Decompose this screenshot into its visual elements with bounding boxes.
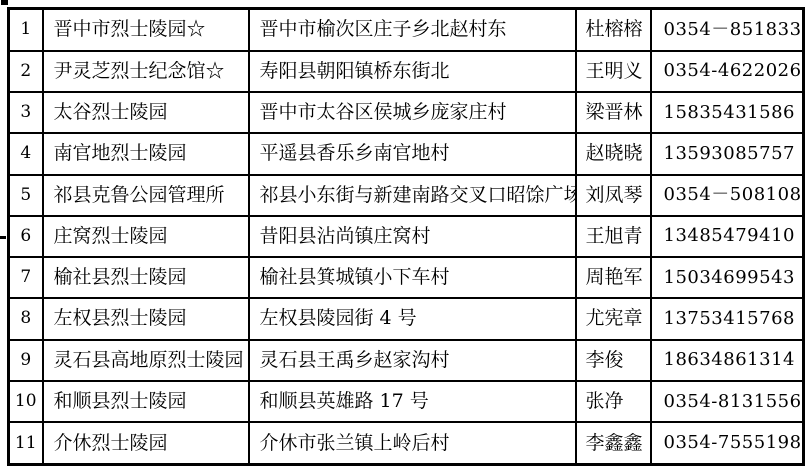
table-row: 9 灵石县高地原烈士陵园 灵石县王禹乡赵家沟村 李俊 18634861314 bbox=[9, 340, 804, 381]
table-row: 5 祁县克鲁公园管理所 祁县小东街与新建南路交叉口昭馀广场 刘凤琴 0354－5… bbox=[9, 175, 804, 216]
contact-cell: 尤宪章 bbox=[576, 298, 651, 339]
site-name-cell: 太谷烈士陵园 bbox=[43, 92, 249, 133]
site-name-cell: 左权县烈士陵园 bbox=[43, 298, 249, 339]
site-name-cell: 榆社县烈士陵园 bbox=[43, 257, 249, 298]
row-number-cell: 4 bbox=[9, 133, 43, 174]
site-name-cell: 南官地烈士陵园 bbox=[43, 133, 249, 174]
address-cell: 祁县小东街与新建南路交叉口昭馀广场 bbox=[249, 175, 576, 216]
table-row: 6 庄窝烈士陵园 昔阳县沾尚镇庄窝村 王旭青 13485479410 bbox=[9, 216, 804, 257]
table-body: 1 晋中市烈士陵园☆ 晋中市榆次区庄子乡北赵村东 杜榕榕 0354－851833… bbox=[9, 9, 804, 465]
contact-cell: 赵晓晓 bbox=[576, 133, 651, 174]
address-cell: 介休市张兰镇上岭后村 bbox=[249, 422, 576, 464]
row-number-cell: 5 bbox=[9, 175, 43, 216]
site-name-cell: 灵石县高地原烈士陵园 bbox=[43, 340, 249, 381]
phone-cell: 0354－5081080 bbox=[651, 175, 804, 216]
contact-cell: 王旭青 bbox=[576, 216, 651, 257]
site-name-cell: 晋中市烈士陵园☆ bbox=[43, 9, 249, 51]
phone-cell: 15835431586 bbox=[651, 92, 804, 133]
address-cell: 和顺县英雄路 17 号 bbox=[249, 381, 576, 422]
table-row: 10 和顺县烈士陵园 和顺县英雄路 17 号 张净 0354-8131556 bbox=[9, 381, 804, 422]
address-cell: 昔阳县沾尚镇庄窝村 bbox=[249, 216, 576, 257]
scan-artifact-left-dash bbox=[0, 236, 6, 239]
phone-cell: 0354－8518333 bbox=[651, 9, 804, 51]
address-cell: 平遥县香乐乡南官地村 bbox=[249, 133, 576, 174]
row-number-cell: 11 bbox=[9, 422, 43, 464]
row-number-cell: 8 bbox=[9, 298, 43, 339]
phone-cell: 13593085757 bbox=[651, 133, 804, 174]
site-name-cell: 尹灵芝烈士纪念馆☆ bbox=[43, 51, 249, 92]
row-number-cell: 1 bbox=[9, 9, 43, 51]
row-number-cell: 3 bbox=[9, 92, 43, 133]
site-name-cell: 庄窝烈士陵园 bbox=[43, 216, 249, 257]
table-row: 11 介休烈士陵园 介休市张兰镇上岭后村 李鑫鑫 0354-7555198 bbox=[9, 422, 804, 464]
contact-cell: 梁晋林 bbox=[576, 92, 651, 133]
row-number-cell: 2 bbox=[9, 51, 43, 92]
phone-cell: 0354-4622026 bbox=[651, 51, 804, 92]
table-row: 2 尹灵芝烈士纪念馆☆ 寿阳县朝阳镇桥东街北 王明义 0354-4622026 bbox=[9, 51, 804, 92]
table-row: 8 左权县烈士陵园 左权县陵园街 4 号 尤宪章 13753415768 bbox=[9, 298, 804, 339]
phone-cell: 13485479410 bbox=[651, 216, 804, 257]
phone-cell: 0354-8131556 bbox=[651, 381, 804, 422]
address-cell: 左权县陵园街 4 号 bbox=[249, 298, 576, 339]
contact-cell: 周艳军 bbox=[576, 257, 651, 298]
address-cell: 晋中市太谷区侯城乡庞家庄村 bbox=[249, 92, 576, 133]
contact-cell: 张净 bbox=[576, 381, 651, 422]
row-number-cell: 10 bbox=[9, 381, 43, 422]
contact-cell: 刘凤琴 bbox=[576, 175, 651, 216]
contact-cell: 李俊 bbox=[576, 340, 651, 381]
scan-artifact-corner bbox=[1, 0, 8, 5]
row-number-cell: 7 bbox=[9, 257, 43, 298]
address-cell: 榆社县箕城镇小下车村 bbox=[249, 257, 576, 298]
row-number-cell: 6 bbox=[9, 216, 43, 257]
martyr-cemetery-contact-table: 1 晋中市烈士陵园☆ 晋中市榆次区庄子乡北赵村东 杜榕榕 0354－851833… bbox=[7, 7, 805, 466]
phone-cell: 15034699543 bbox=[651, 257, 804, 298]
table-row: 7 榆社县烈士陵园 榆社县箕城镇小下车村 周艳军 15034699543 bbox=[9, 257, 804, 298]
table-row: 4 南官地烈士陵园 平遥县香乐乡南官地村 赵晓晓 13593085757 bbox=[9, 133, 804, 174]
contact-cell: 杜榕榕 bbox=[576, 9, 651, 51]
phone-cell: 0354-7555198 bbox=[651, 422, 804, 464]
address-cell: 晋中市榆次区庄子乡北赵村东 bbox=[249, 9, 576, 51]
phone-cell: 18634861314 bbox=[651, 340, 804, 381]
contact-cell: 李鑫鑫 bbox=[576, 422, 651, 464]
site-name-cell: 和顺县烈士陵园 bbox=[43, 381, 249, 422]
contact-cell: 王明义 bbox=[576, 51, 651, 92]
address-cell: 灵石县王禹乡赵家沟村 bbox=[249, 340, 576, 381]
row-number-cell: 9 bbox=[9, 340, 43, 381]
address-cell: 寿阳县朝阳镇桥东街北 bbox=[249, 51, 576, 92]
phone-cell: 13753415768 bbox=[651, 298, 804, 339]
table-row: 3 太谷烈士陵园 晋中市太谷区侯城乡庞家庄村 梁晋林 15835431586 bbox=[9, 92, 804, 133]
site-name-cell: 介休烈士陵园 bbox=[43, 422, 249, 464]
table-row: 1 晋中市烈士陵园☆ 晋中市榆次区庄子乡北赵村东 杜榕榕 0354－851833… bbox=[9, 9, 804, 51]
site-name-cell: 祁县克鲁公园管理所 bbox=[43, 175, 249, 216]
